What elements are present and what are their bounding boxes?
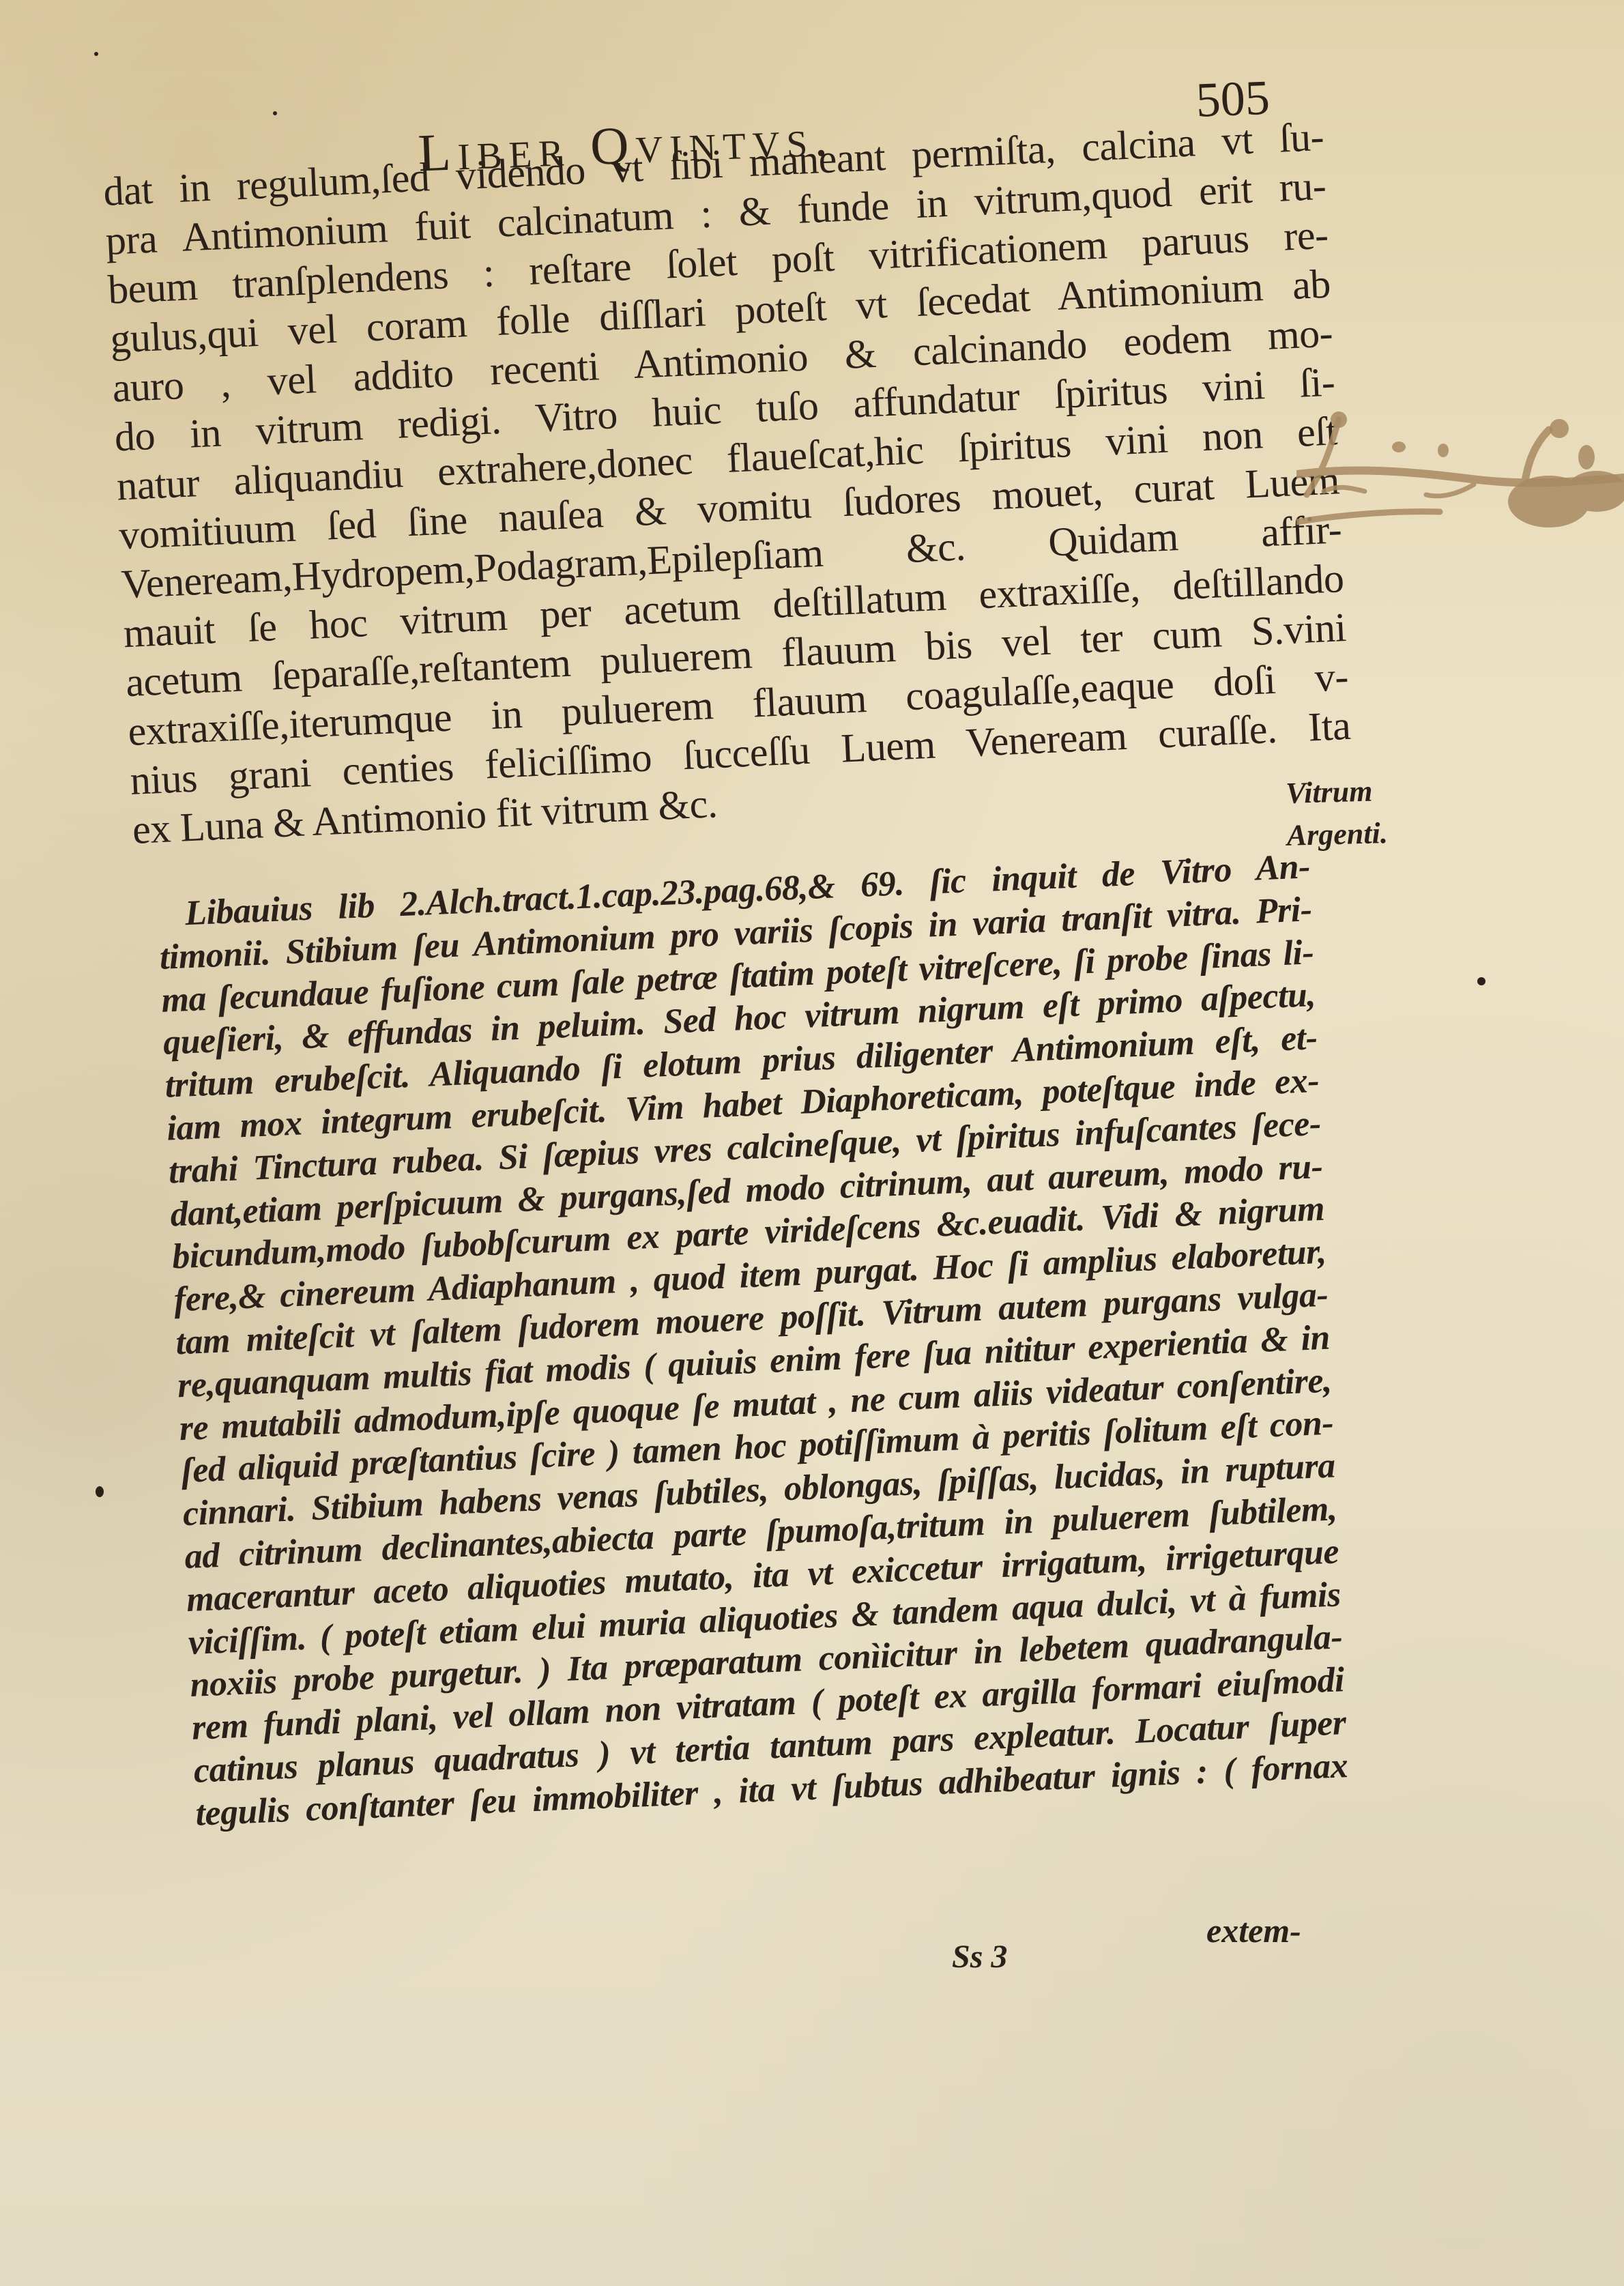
margin-note-line: Vitrum: [1285, 770, 1387, 815]
ink-speck-icon: [94, 52, 98, 56]
ink-speck-icon: [96, 1486, 104, 1497]
signature-mark: Ss 3: [952, 1938, 1007, 1976]
ink-speck-icon: [273, 111, 277, 115]
margin-note: Vitrum Argenti.: [1285, 770, 1388, 857]
book-page: Liber Qvintvs. 505 dat in regulum,ſed vi…: [0, 0, 1624, 2286]
roman-text-block: dat in regulum,ſed videndo vt ſibi manea…: [102, 112, 1354, 854]
catchword: extem-: [1206, 1911, 1301, 1950]
italic-quotation-block: Libauius lib 2.Alch.tract.1.cap.23.pag.6…: [157, 845, 1348, 1836]
ink-stain-icon: [1296, 382, 1624, 546]
ink-speck-icon: [1477, 977, 1485, 985]
